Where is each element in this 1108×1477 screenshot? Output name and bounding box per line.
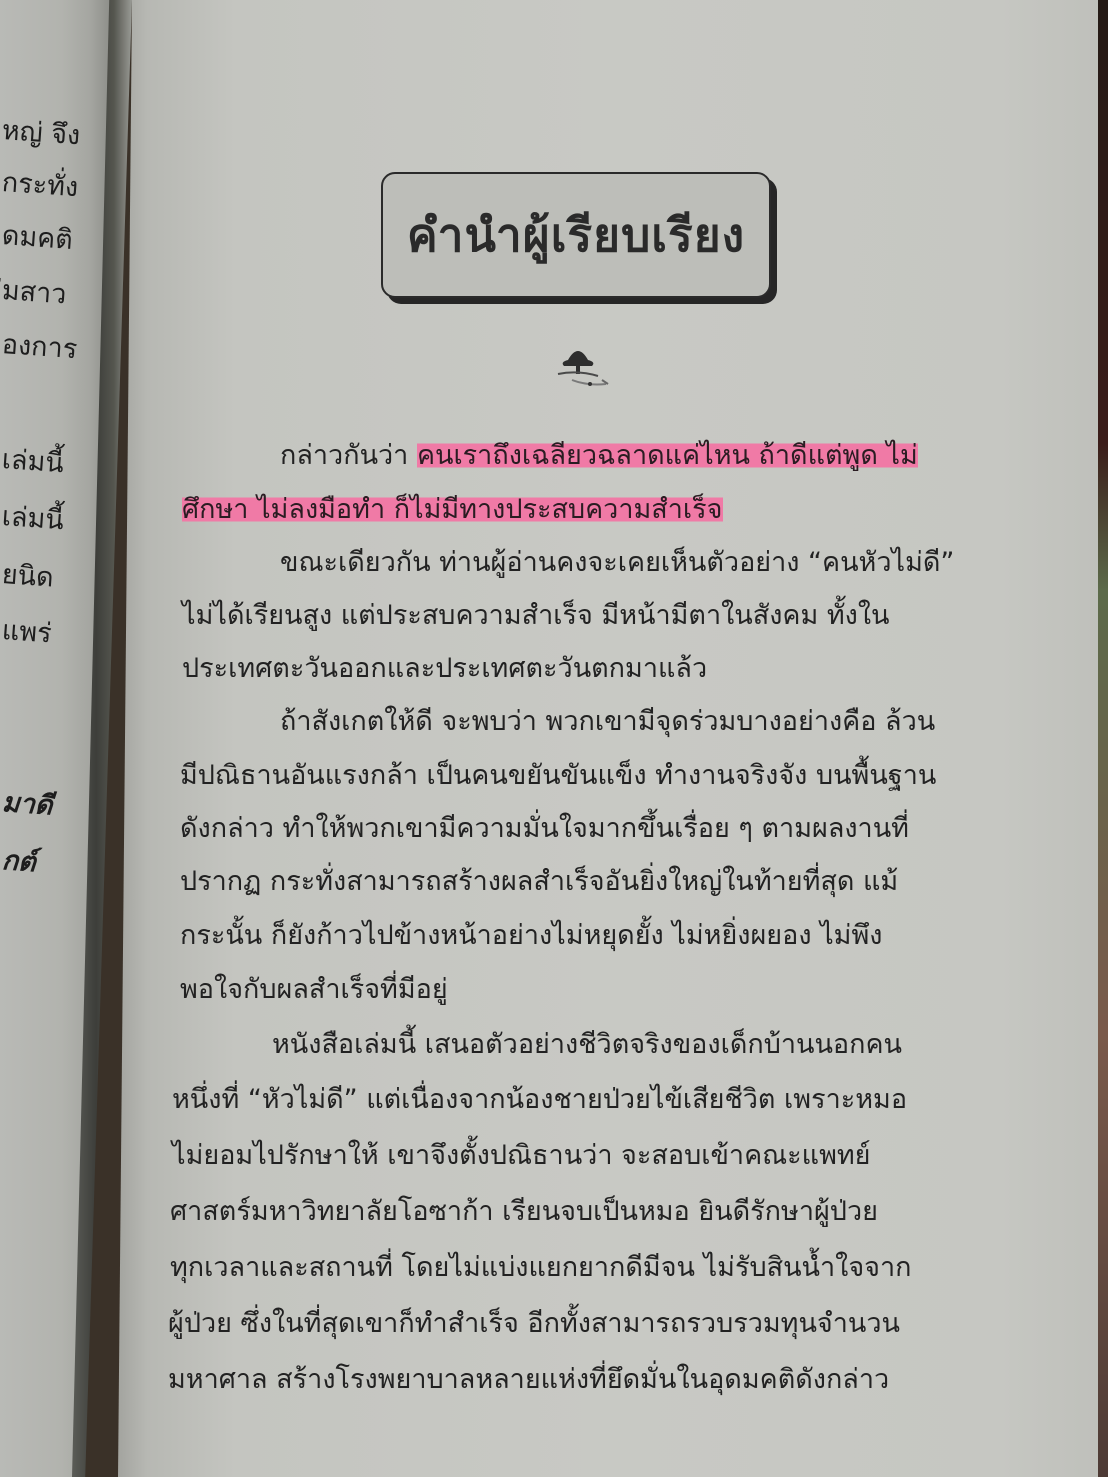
left-page-fragment: กต์	[1, 838, 38, 883]
left-page-fragment: ุ่มสาว	[1, 268, 68, 315]
paragraph-line: กระนั้น ก็ยังก้าวไปข้างหน้าอย่างไม่หยุดย…	[180, 918, 882, 954]
left-page-fragment: กระทั่ง	[1, 160, 80, 208]
page-title: คำนำผู้เรียบเรียง	[407, 199, 745, 272]
paragraph-line: ผู้ป่วย ซึ่งในที่สุดเขาก็ทำสำเร็จ อีกทั้…	[168, 1306, 900, 1342]
paragraph-line: ทุกเวลาและสถานที่ โดยไม่แบ่งแยกยากดีมีจน…	[170, 1250, 911, 1286]
paragraph-line: ไม่ยอมไปรักษาให้ เขาจึงตั้งปณิธานว่า จะส…	[172, 1138, 871, 1174]
paragraph-line: ไม่ได้เรียนสูง แต่ประสบความสำเร็จ มีหน้า…	[182, 598, 889, 634]
left-page-fragment: มาดี	[1, 780, 54, 826]
left-page-fragment: เล่มนี้	[1, 437, 66, 484]
paragraph-line: ขณะเดียวกัน ท่านผู้อ่านคงจะเคยเห็นตัวอย่…	[280, 545, 954, 581]
highlighted-text: ศึกษา ไม่ลงมือทำ ก็ไม่มีทางประสบความสำเร…	[182, 494, 723, 525]
left-page-fragment: หญ่ จึง	[1, 108, 82, 156]
paragraph-line: ศึกษา ไม่ลงมือทำ ก็ไม่มีทางประสบความสำเร…	[182, 492, 723, 528]
text-segment: กล่าวกันว่า	[280, 440, 417, 471]
paragraph-line: ถ้าสังเกตให้ดี จะพบว่า พวกเขามีจุดร่วมบา…	[280, 704, 935, 740]
paragraph-line: หนังสือเล่มนี้ เสนอตัวอย่างชีวิตจริงของเ…	[272, 1027, 902, 1063]
highlighted-text: คนเราถึงเฉลียวฉลาดแค่ไหน ถ้าดีแต่พูด ไม่	[417, 440, 918, 471]
chapter-title-box: คำนำผู้เรียบเรียง	[381, 172, 771, 298]
paragraph-line: ศาสตร์มหาวิทยาลัยโอซาก้า เรียนจบเป็นหมอ …	[170, 1194, 878, 1230]
paragraph-line: ปรากฏ กระทั่งสามารถสร้างผลสำเร็จอันยิ่งใ…	[180, 864, 898, 900]
tree-ornament-icon	[548, 340, 618, 400]
left-page-fragment: ยนิด	[1, 552, 56, 599]
left-page-fragment: ุดมคติ	[1, 213, 75, 261]
left-page-fragment: องการ	[1, 322, 79, 370]
paragraph-line: ดังกล่าว ทำให้พวกเขามีความมั่นใจมากขึ้นเ…	[180, 811, 909, 847]
paragraph-line: พอใจกับผลสำเร็จที่มีอยู่	[180, 972, 448, 1008]
paragraph-line: กล่าวกันว่า คนเราถึงเฉลียวฉลาดแค่ไหน ถ้า…	[280, 438, 918, 474]
paragraph-line: มหาศาล สร้างโรงพยาบาลหลายแห่งที่ยึดมั่นใ…	[168, 1362, 889, 1398]
paragraph-line: หนึ่งที่ “หัวไม่ดี” แต่เนื่องจากน้องชายป…	[172, 1082, 907, 1118]
left-page-fragment: แพร่	[1, 608, 54, 654]
left-page-fragment: เล่มนี้	[1, 494, 66, 541]
background-edge	[1098, 0, 1108, 1477]
paragraph-line: มีปณิธานอันแรงกล้า เป็นคนขยันขันแข็ง ทำง…	[180, 758, 936, 794]
paragraph-line: ประเทศตะวันออกและประเทศตะวันตกมาแล้ว	[182, 651, 707, 687]
